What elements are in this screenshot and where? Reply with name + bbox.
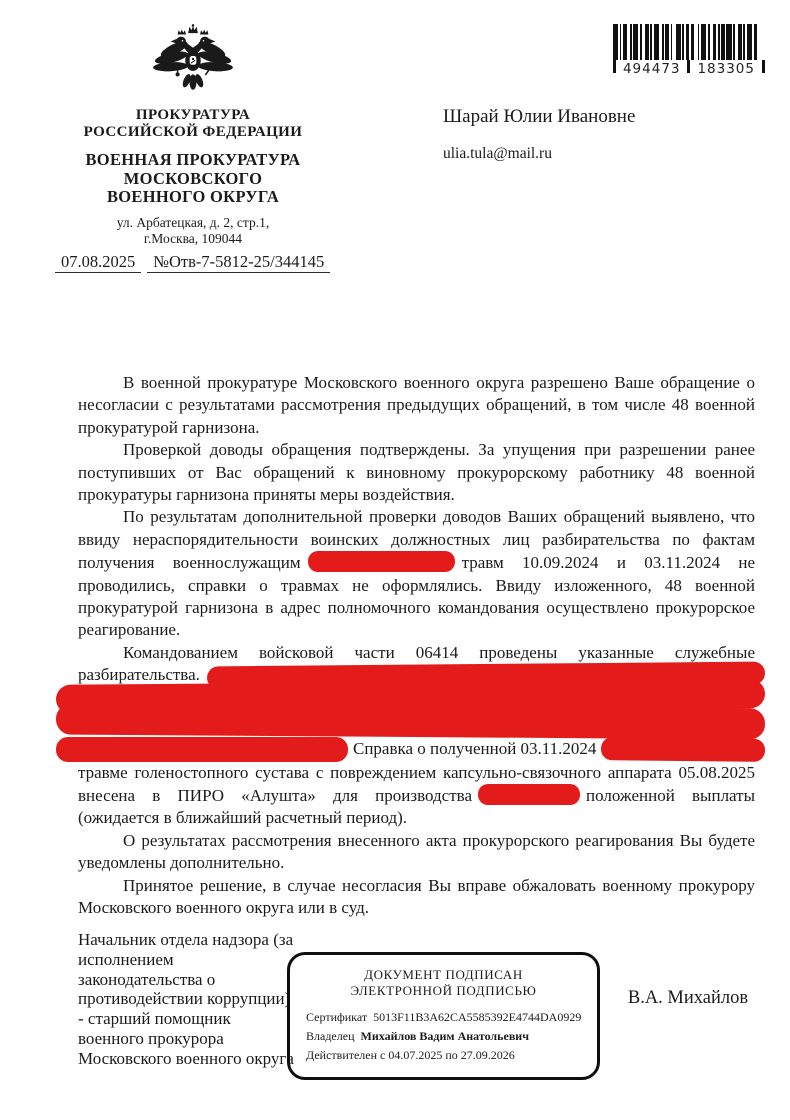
unit-name-line3: ВОЕННОГО ОКРУГА bbox=[27, 188, 359, 207]
stamp-validity-row: Действителен с 04.07.2025 по 27.09.2026 bbox=[306, 1046, 581, 1065]
barcode-guard-left bbox=[613, 60, 616, 73]
barcode-bars bbox=[613, 24, 765, 60]
redaction-box-name bbox=[308, 551, 455, 572]
recipient-email: ulia.tula@mail.ru bbox=[443, 145, 635, 163]
redaction-stroke-2 bbox=[56, 703, 765, 739]
stamp-certificate-value: 5013F11B3A62CA5585392E4744DA0929 bbox=[373, 1010, 581, 1024]
stamp-details: Сертификат 5013F11B3A62CA5585392E4744DA0… bbox=[306, 1008, 581, 1065]
redaction-box-amount bbox=[478, 784, 580, 805]
redaction-stroke-left bbox=[56, 737, 348, 762]
letter-page: 494473 183305 bbox=[0, 0, 790, 1120]
letter-date: 07.08.2025 bbox=[55, 252, 141, 273]
barcode-guard-right bbox=[762, 60, 765, 73]
paragraph-7: Принятое решение, в случае несогласия Вы… bbox=[78, 875, 755, 920]
paragraph-6: О результатах рассмотрения внесенного ак… bbox=[78, 830, 755, 875]
barcode: 494473 183305 bbox=[613, 24, 765, 77]
stamp-certificate-row: Сертификат 5013F11B3A62CA5585392E4744DA0… bbox=[306, 1008, 581, 1027]
barcode-numbers: 494473 183305 bbox=[613, 60, 765, 77]
stamp-title-line1: ДОКУМЕНТ ПОДПИСАН bbox=[306, 967, 581, 983]
paragraph-2: Проверкой доводы обращения подтверждены.… bbox=[78, 439, 755, 506]
letter-ref-number: №Отв-7-5812-25/344145 bbox=[147, 252, 330, 273]
stamp-title-line2: ЭЛЕКТРОННОЙ ПОДПИСЬЮ bbox=[306, 983, 581, 999]
stamp-owner-value: Михайлов Вадим Анатольевич bbox=[361, 1029, 530, 1043]
paragraph-1: В военной прокуратуре Московского военно… bbox=[78, 372, 755, 439]
paragraph-4-line1: Командованием войсковой части 06414 пров… bbox=[78, 642, 755, 664]
stamp-owner-row: Владелец Михайлов Вадим Анатольевич bbox=[306, 1027, 581, 1046]
org-address-line1: ул. Арбатецкая, д. 2, стр.1, bbox=[27, 215, 359, 232]
recipient-name: Шарай Юлии Ивановне bbox=[443, 106, 635, 128]
org-address: ул. Арбатецкая, д. 2, стр.1, г.Москва, 1… bbox=[27, 215, 359, 248]
signatory-name: В.А. Михайлов bbox=[608, 988, 768, 1009]
paragraph-5-first-line: Справка о полученной 03.11.2024 bbox=[78, 737, 755, 762]
redaction-stroke-right bbox=[601, 737, 765, 762]
stamp-certificate-label: Сертификат bbox=[306, 1010, 367, 1024]
org-address-line2: г.Москва, 109044 bbox=[27, 231, 359, 248]
paragraph-5-continuation: травме голеностопного сустава с поврежде… bbox=[78, 762, 755, 830]
org-name-line2: РОССИЙСКОЙ ФЕДЕРАЦИИ bbox=[27, 124, 359, 141]
org-name: ПРОКУРАТУРА РОССИЙСКОЙ ФЕДЕРАЦИИ bbox=[27, 107, 359, 140]
paragraph-5-visible-text: Справка о полученной 03.11.2024 bbox=[348, 738, 601, 760]
paragraph-3: По результатам дополнительной проверки д… bbox=[78, 506, 755, 641]
stamp-owner-label: Владелец bbox=[306, 1029, 355, 1043]
barcode-number-left: 494473 bbox=[623, 61, 681, 77]
barcode-number-right: 183305 bbox=[697, 61, 755, 77]
reference-line: 07.08.2025№Отв-7-5812-25/344145 bbox=[55, 252, 330, 272]
redaction-blob bbox=[78, 687, 755, 736]
digital-signature-stamp: ДОКУМЕНТ ПОДПИСАН ЭЛЕКТРОННОЙ ПОДПИСЬЮ С… bbox=[287, 952, 600, 1080]
recipient-block: Шарай Юлии Ивановне ulia.tula@mail.ru bbox=[443, 106, 635, 163]
org-name-line1: ПРОКУРАТУРА bbox=[27, 107, 359, 124]
unit-name-line2: МОСКОВСКОГО bbox=[27, 170, 359, 189]
russia-coat-of-arms-icon bbox=[151, 24, 235, 99]
unit-name: ВОЕННАЯ ПРОКУРАТУРА МОСКОВСКОГО ВОЕННОГО… bbox=[27, 151, 359, 207]
stamp-title: ДОКУМЕНТ ПОДПИСАН ЭЛЕКТРОННОЙ ПОДПИСЬЮ bbox=[306, 967, 581, 999]
letter-body: В военной прокуратуре Московского военно… bbox=[78, 372, 755, 920]
signatory-title: Начальник отдела надзора (за исполнением… bbox=[78, 930, 300, 1069]
letterhead: ПРОКУРАТУРА РОССИЙСКОЙ ФЕДЕРАЦИИ ВОЕННАЯ… bbox=[27, 24, 359, 248]
barcode-guard-middle bbox=[687, 60, 690, 73]
unit-name-line1: ВОЕННАЯ ПРОКУРАТУРА bbox=[27, 151, 359, 170]
